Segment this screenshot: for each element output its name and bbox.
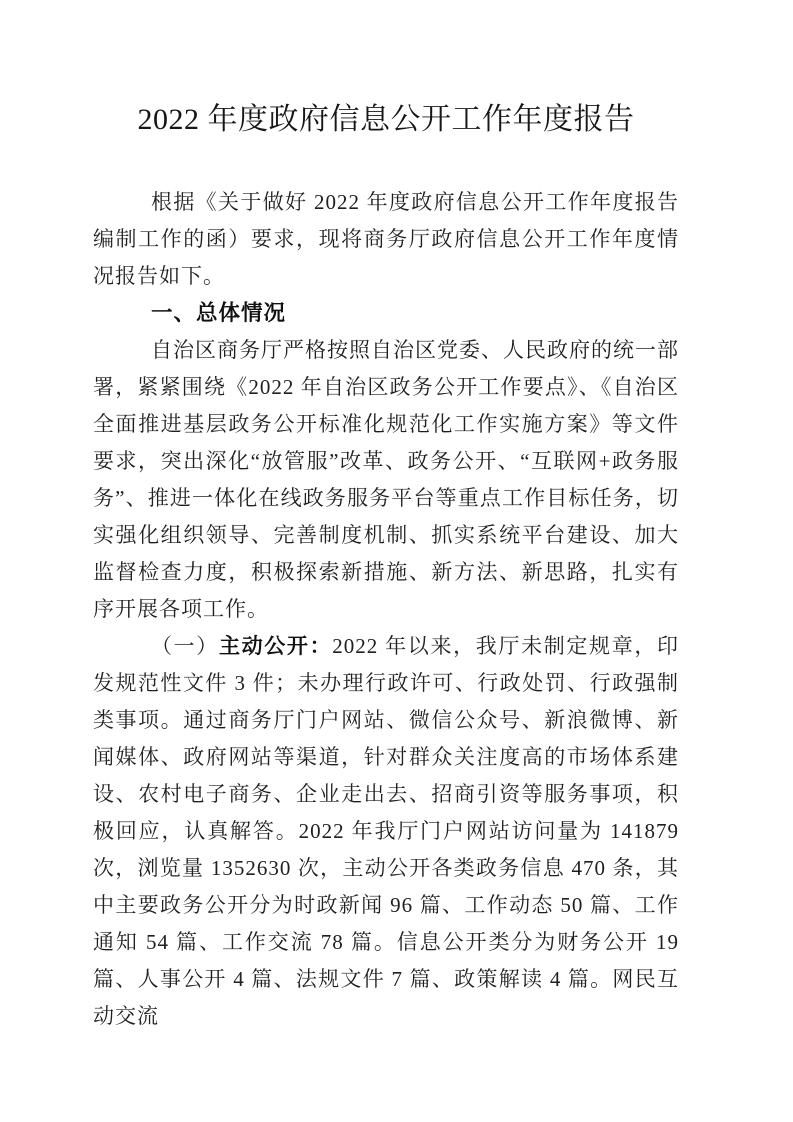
item-1-body-text: 2022 年以来，我厅未制定规章，印发规范性文件 3 件；未办理行政许可、行政处… <box>93 634 679 1028</box>
item-1-label: 主动公开： <box>219 635 332 658</box>
section-1-overview-paragraph: 自治区商务厅严格按照自治区党委、人民政府的统一部署，紧紧围绕《2022 年自治区… <box>93 332 679 628</box>
item-1-number-prefix: （一） <box>151 634 219 658</box>
section-1-heading: 一、总体情况 <box>93 295 679 332</box>
section-1-item-1-paragraph: （一）主动公开：2022 年以来，我厅未制定规章，印发规范性文件 3 件；未办理… <box>93 628 679 1035</box>
intro-paragraph: 根据《关于做好 2022 年度政府信息公开工作年度报告编制工作的函）要求，现将商… <box>93 184 679 295</box>
document-page: 2022 年度政府信息公开工作年度报告 根据《关于做好 2022 年度政府信息公… <box>0 0 793 1122</box>
document-title: 2022 年度政府信息公开工作年度报告 <box>93 99 679 141</box>
